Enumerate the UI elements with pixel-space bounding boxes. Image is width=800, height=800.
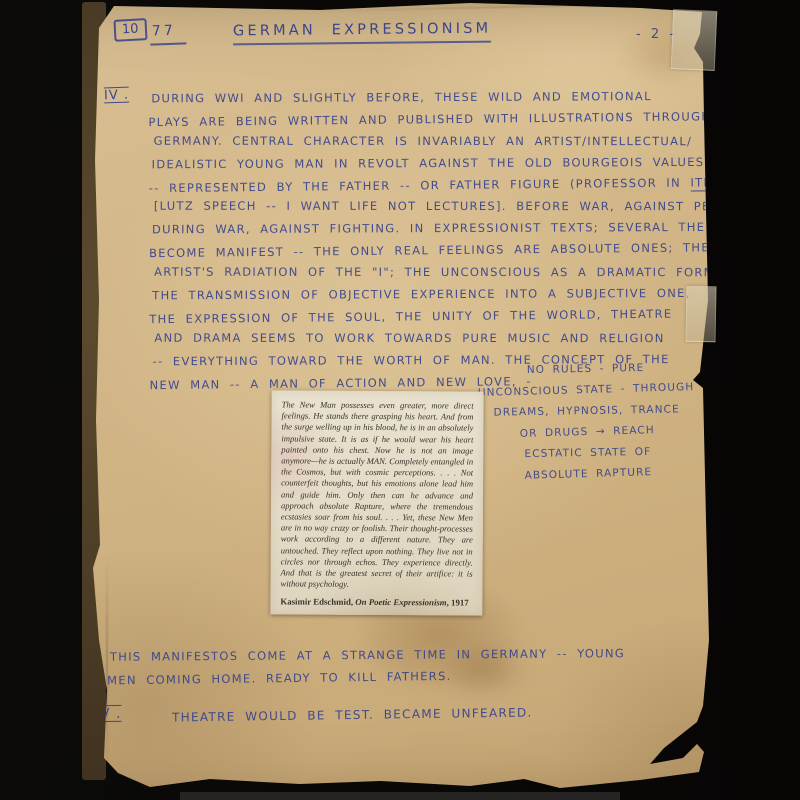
clipping-caption: Kasimir Edschmid, On Poetic Expressionis… <box>280 597 472 608</box>
margin-note-line: NO RULES - PURE <box>456 357 714 382</box>
handwritten-line: AND DRAMA SEEMS TO WORK TOWARDS PURE MUS… <box>154 331 756 353</box>
section-iv-numeral: IV . <box>104 88 130 104</box>
closing-note: THIS MANIFESTOS COME AT A STRANGE TIME I… <box>110 640 625 687</box>
handwritten-line: GERMANY. CENTRAL CHARACTER IS INVARIABLY… <box>154 134 756 156</box>
page-title: GERMAN EXPRESSIONISM <box>233 21 492 46</box>
paper-crease <box>106 555 108 770</box>
handwritten-line: [LUTZ SPEECH -- I WANT LIFE NOT LECTURES… <box>154 199 756 221</box>
page-number: - 2 - <box>636 27 677 42</box>
section-iv-notes: DURING WWI AND SLIGHTLY BEFORE, THESE WI… <box>151 89 756 398</box>
paper-crease <box>300 2 720 13</box>
handwritten-line: THE EXPRESSION OF THE SOUL, THE UNITY OF… <box>149 306 756 334</box>
handwritten-line: ARTIST'S RADIATION OF THE "I"; THE UNCON… <box>154 265 756 287</box>
catalog-suffix: 77 <box>150 22 187 45</box>
caption-year: , 1917 <box>447 598 469 608</box>
margin-note-line: ECSTATIC STATE OF <box>459 441 717 466</box>
margin-note: NO RULES - PURE UNCONSCIOUS STATE - THRO… <box>456 355 717 488</box>
tape-strip-top-right <box>671 9 718 71</box>
section-v-note: THEATRE WOULD BE TEST. BECAME UNFEARED. <box>172 705 533 724</box>
pasted-clipping: The New Man possesses even greater, more… <box>270 390 483 616</box>
margin-note-line: DREAMS, HYPNOSIS, TRANCE <box>458 399 716 424</box>
caption-title: On Poetic Expressionism <box>355 597 446 608</box>
clipping-text: The New Man possesses even greater, more… <box>280 399 473 591</box>
tape-strip-right <box>686 286 717 343</box>
scanner-edge <box>180 792 620 800</box>
underlined-word: ITHAKA <box>690 175 740 192</box>
manuscript-page: 10 77 GERMAN EXPRESSIONISM - 2 - IV . DU… <box>0 0 800 800</box>
paper-crease <box>0 18 94 209</box>
caption-author: Kasimir Edschmid, <box>280 597 355 607</box>
handwritten-line: PLAYS ARE BEING WRITTEN AND PUBLISHED WI… <box>148 109 755 137</box>
line-segment: ] <box>740 174 755 188</box>
scan-backdrop: 10 77 GERMAN EXPRESSIONISM - 2 - IV . DU… <box>0 0 800 800</box>
catalog-number-box: 10 <box>113 18 147 42</box>
